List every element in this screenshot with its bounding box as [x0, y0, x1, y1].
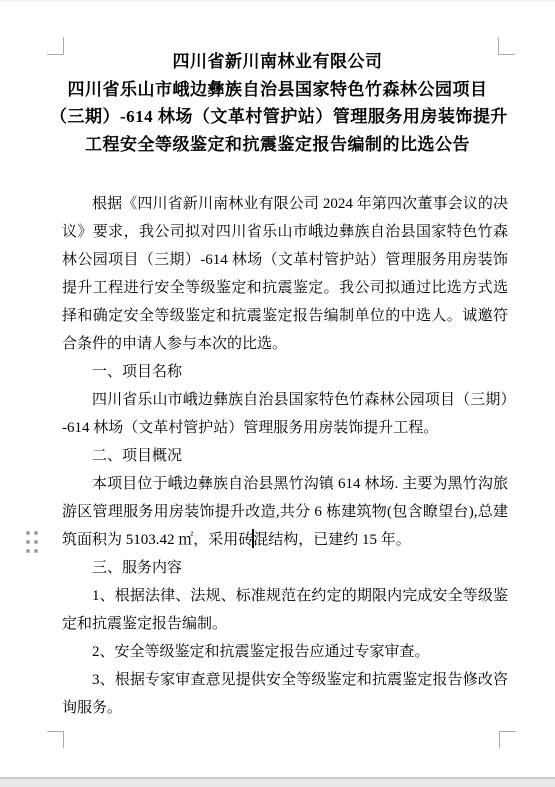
document-title-line-4[interactable]: 工程安全等级鉴定和抗震鉴定报告编制的比选公告: [50, 131, 505, 159]
document-body[interactable]: 根据《四川省新川南林业有限公司 2024 年第四次董事会议的决议》要求，我公司拟…: [62, 190, 508, 722]
document-title-line-2[interactable]: 四川省乐山市峨边彝族自治县国家特色竹森林公园项目: [50, 76, 505, 104]
handle-dot: [34, 549, 38, 553]
handle-dot: [34, 531, 38, 535]
dot-grid-handle[interactable]: [26, 531, 38, 553]
below-page-background: [0, 779, 555, 787]
document-page[interactable]: 四川省新川南林业有限公司 四川省乐山市峨边彝族自治县国家特色竹森林公园项目 （三…: [0, 0, 555, 787]
heading-project-overview[interactable]: 二、项目概况: [62, 442, 508, 470]
document-title: 四川省新川南林业有限公司 四川省乐山市峨边彝族自治县国家特色竹森林公园项目 （三…: [50, 48, 505, 158]
handle-dot: [26, 540, 30, 544]
document-title-line-1[interactable]: 四川省新川南林业有限公司: [50, 48, 505, 76]
paragraph-intro[interactable]: 根据《四川省新川南林业有限公司 2024 年第四次董事会议的决议》要求，我公司拟…: [62, 190, 508, 358]
paragraph-project-name[interactable]: 四川省乐山市峨边彝族自治县国家特色竹森林公园项目（三期）-614 林场（文革村管…: [62, 386, 508, 442]
window-top-edge: [0, 0, 555, 2]
handle-dot: [26, 531, 30, 535]
paragraph-service-item-3[interactable]: 3、根据专家审查意见提供安全等级鉴定和抗震鉴定报告修改咨询服务。: [62, 666, 508, 722]
handle-dot: [26, 549, 30, 553]
margin-crop-mark-bottom-right: [499, 731, 516, 748]
paragraph-service-item-2[interactable]: 2、安全等级鉴定和抗震鉴定报告应通过专家审查。: [62, 638, 508, 666]
margin-crop-mark-bottom-left: [47, 731, 64, 748]
text-after-caret: 混结构，已建约 15 年。: [253, 532, 411, 548]
paragraph-service-item-1[interactable]: 1、根据法律、法规、标准规范在约定的期限内完成安全等级鉴定和抗震鉴定报告编制。: [62, 582, 508, 638]
handle-dot: [34, 540, 38, 544]
heading-service-content[interactable]: 三、服务内容: [62, 554, 508, 582]
heading-project-name[interactable]: 一、项目名称: [62, 358, 508, 386]
document-title-line-3[interactable]: （三期）-614 林场（文革村管护站）管理服务用房装饰提升: [50, 103, 505, 131]
paragraph-project-overview[interactable]: 本项目位于峨边彝族自治县黑竹沟镇 614 林场. 主要为黑竹沟旅游区管理服务用房…: [62, 470, 508, 554]
